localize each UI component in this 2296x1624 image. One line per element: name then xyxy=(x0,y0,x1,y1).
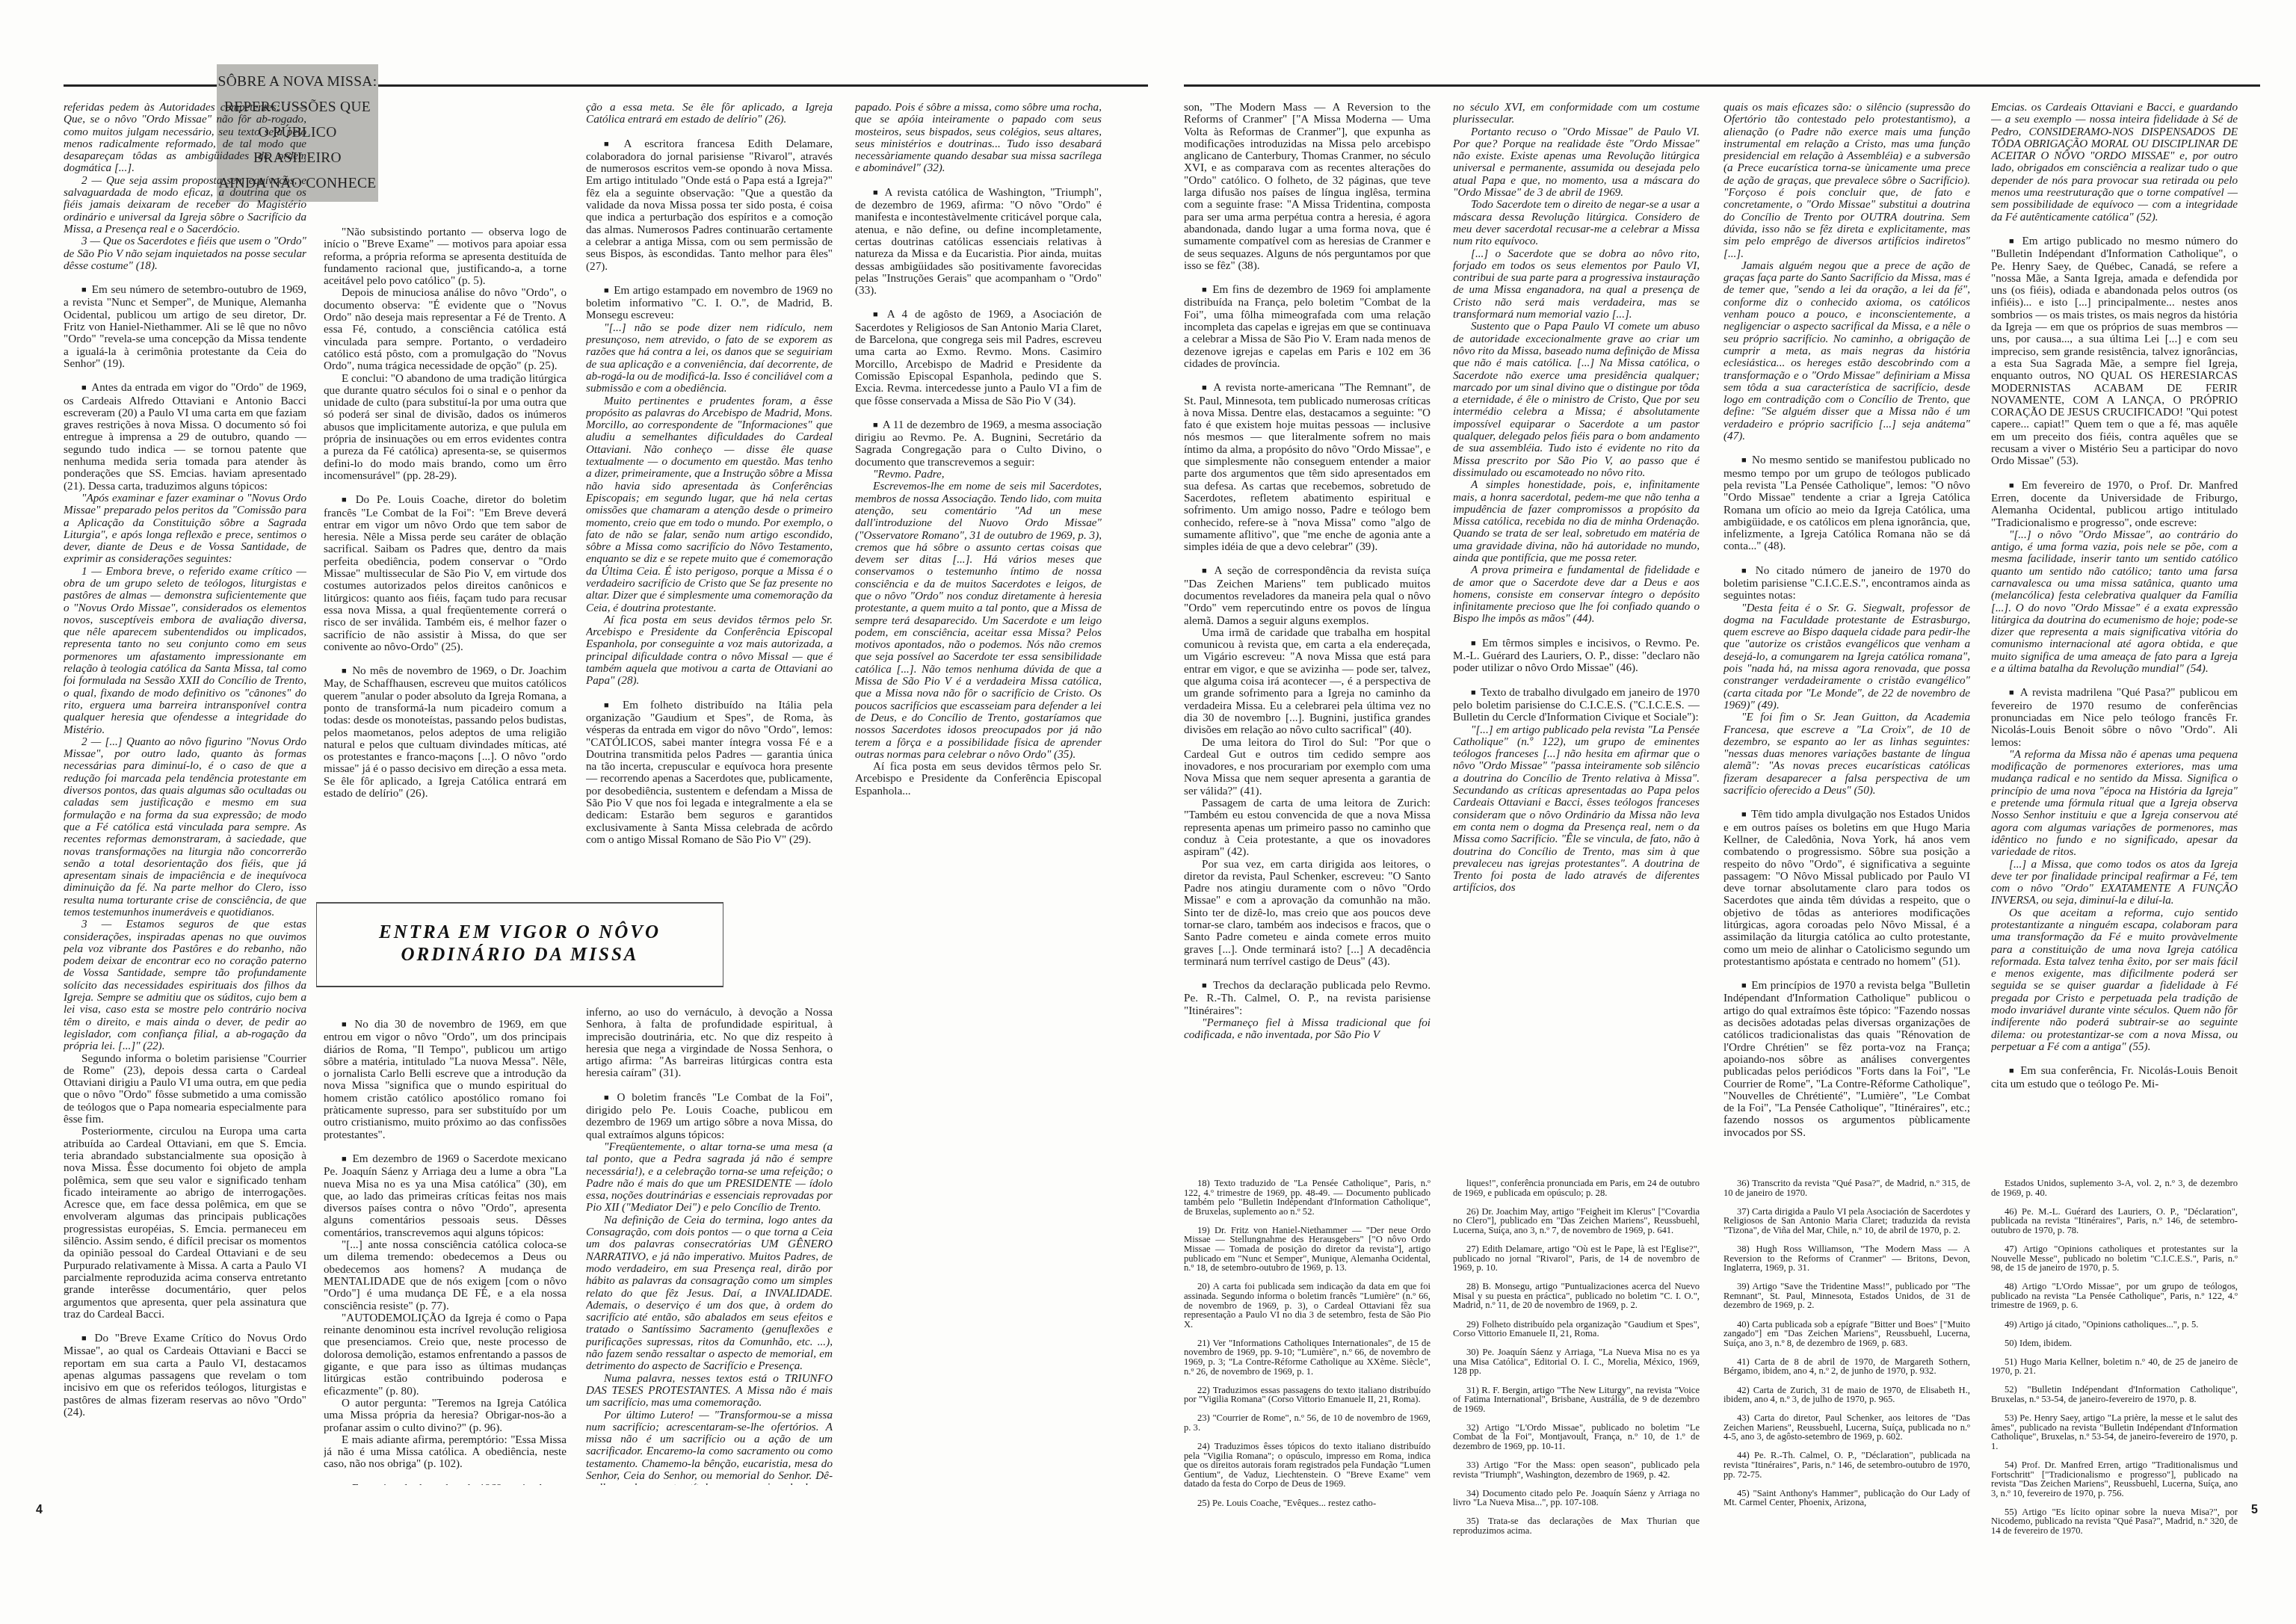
footnote: 46) Pe. M.-L. Guérard des Lauriers, O. P… xyxy=(1991,1207,2238,1235)
article-column-6: no século XVI, em conformidade com um co… xyxy=(1453,102,1700,1144)
paragraph: 3 — Que os Sacerdotes e fiéis que usem o… xyxy=(64,235,306,272)
footnote: 41) Carta de 8 de abril de 1970, de Marg… xyxy=(1723,1357,1970,1376)
footnote: 25) Pe. Louis Coache, "Evêques... restez… xyxy=(1184,1498,1431,1508)
banner-line: ordinário da Missa xyxy=(401,945,638,965)
paragraph: Aí fica posta em seus devidos têrmos pel… xyxy=(586,614,833,688)
paragraph: Uma irmã de caridade que trabalha em hos… xyxy=(1184,627,1431,737)
paragraph: Numa palavra, nesses textos está o TRIUN… xyxy=(586,1373,833,1410)
paragraph: papado. Pois é sôbre a missa, como sôbre… xyxy=(855,102,1102,175)
news-item-paragraph: Em artigo publicado no mesmo número do "… xyxy=(1991,235,2238,468)
paragraph: A prova primeira e fundamental de fideli… xyxy=(1453,564,1700,625)
paragraph: "[...] em artigo publicado pela revista … xyxy=(1453,724,1700,895)
article-column-4: papado. Pois é sôbre a missa, como sôbre… xyxy=(855,102,1102,1484)
footnote: 43) Carta do diretor, Paul Schenker, aos… xyxy=(1723,1413,1970,1442)
news-item-paragraph: A 4 de agôsto de 1969, a Asociación de S… xyxy=(855,309,1102,407)
news-item-paragraph: Em fins de dezembro de 1969 foi amplamen… xyxy=(1184,284,1431,370)
article-column-5: son, "The Modern Mass — A Reversion to t… xyxy=(1184,102,1431,1144)
paragraph: 1 — Embora breve, o referido exame críti… xyxy=(64,566,306,736)
headline-line: Sôbre a nova Missa: xyxy=(218,74,377,90)
footnote: 49) Artigo já citado, "Opinions catholiq… xyxy=(1991,1320,2238,1330)
top-rule xyxy=(378,84,1148,87)
page-number: 4 xyxy=(36,1504,43,1517)
news-item-paragraph: Em dezembro de 1969 o Sacerdote mexicano… xyxy=(324,1153,567,1239)
news-item-paragraph: A seção de correspondência da revista su… xyxy=(1184,565,1431,626)
news-item-paragraph: A revista norte-americana "The Remnant",… xyxy=(1184,382,1431,553)
news-item-paragraph: A 11 de dezembro de 1969, a mesma associ… xyxy=(855,419,1102,469)
news-item-paragraph: Do "Breve Exame Crítico do Novus Ordo Mi… xyxy=(64,1333,306,1418)
footnote: 51) Hugo Maria Kellner, boletim n.º 40, … xyxy=(1991,1357,2238,1376)
footnote: 53) Pe. Henry Saey, artigo "La prière, l… xyxy=(1991,1413,2238,1451)
paragraph: 2 — Que seja assim proposta sem equívoco… xyxy=(64,175,306,235)
footnote: 42) Carta de Zurich, 31 de maio de 1970,… xyxy=(1723,1386,1970,1404)
footnote: 33) Artigo "For the Mass: open season", … xyxy=(1453,1460,1700,1479)
top-rule xyxy=(1184,84,2260,87)
page-5: son, "The Modern Mass — A Reversion to t… xyxy=(1148,0,2296,1624)
section-banner: Entra em vigor o nôvo ordinário da Missa xyxy=(316,902,723,987)
article-column-1: referidas pedem às Autoridades competent… xyxy=(64,102,306,1469)
paragraph: Todo Sacerdote tem o direito de negar-se… xyxy=(1453,199,1700,247)
footnote: 28) B. Monsegu, artigo "Puntualizaciones… xyxy=(1453,1282,1700,1310)
paragraph: inferno, ao uso do vernáculo, à devoção … xyxy=(586,1007,833,1080)
paragraph: 3 — Estamos seguros de que estas conside… xyxy=(64,918,306,1052)
page-4: Sôbre a nova Missa: repercussões que o p… xyxy=(0,0,1148,1624)
news-item-paragraph: A revista madrilena "Qué Pasa?" publicou… xyxy=(1991,687,2238,748)
paragraph: Por sua vez, em carta dirigida aos leito… xyxy=(1184,859,1431,969)
news-item-paragraph: No dia 30 de novembro de 1969, em que en… xyxy=(324,1019,567,1141)
news-item-paragraph: Em têrmos simples e incisivos, o Revmo. … xyxy=(1453,637,1700,675)
paragraph: Segundo informa o boletim parisiense "Co… xyxy=(64,1053,306,1126)
footnote: 45) "Saint Anthony's Hammer", publicação… xyxy=(1723,1489,1970,1507)
news-item-paragraph: O boletim francês "Le Combat de la Foi",… xyxy=(586,1092,833,1141)
paragraph: Passagem de carta de uma leitora de Zuri… xyxy=(1184,797,1431,858)
footnote: 48) Artigo "L'Ordo Missae", por um grupo… xyxy=(1991,1282,2238,1310)
footnote: 19) Dr. Fritz von Haniel-Niethammer — "D… xyxy=(1184,1226,1431,1273)
paragraph: Na definição de Ceia do termina, logo an… xyxy=(586,1214,833,1373)
footnote: 38) Hugh Ross Williamson, "The Modern Ma… xyxy=(1723,1244,1970,1273)
footnote: 31) R. F. Bergin, artigo "The New Liturg… xyxy=(1453,1386,1700,1414)
paragraph: son, "The Modern Mass — A Reversion to t… xyxy=(1184,102,1431,272)
footnotes-column-a: 18) Texto traduzido de "La Pensée Cathol… xyxy=(1184,1179,1431,1517)
paragraph: E mais adiante afirma, peremptório: "Ess… xyxy=(324,1434,567,1471)
footnote: 18) Texto traduzido de "La Pensée Cathol… xyxy=(1184,1179,1431,1216)
footnote: 35) Trata-se das declarações de Max Thur… xyxy=(1453,1516,1700,1535)
footnote: 26) Dr. Joachim May, artigo "Feigheit im… xyxy=(1453,1207,1700,1235)
footnote: 36) Transcrito da revista "Qué Pasa?", d… xyxy=(1723,1179,1970,1197)
footnote: 24) Traduzimos êsses tópicos do texto it… xyxy=(1184,1442,1431,1489)
news-item-paragraph: Têm tido ampla divulgação nos Estados Un… xyxy=(1723,809,1970,968)
paragraph: "Após examinar e fazer examinar o "Novus… xyxy=(64,493,306,566)
footnote: 55) Artigo "Es lícito opinar sobre la nu… xyxy=(1991,1507,2238,1536)
footnote: 32) Artigo "L'Ordo Missae", publicado no… xyxy=(1453,1423,1700,1451)
footnote: liques!", conferência pronunciada em Par… xyxy=(1453,1179,1700,1197)
footnote: 20) A carta foi publicada sem indicação … xyxy=(1184,1282,1431,1329)
paragraph: no século XVI, em conformidade com um co… xyxy=(1453,102,1700,126)
page-number: 5 xyxy=(2251,1504,2258,1517)
footnote: 34) Documento citado pelo Pe. Joaquín Sá… xyxy=(1453,1489,1700,1507)
paragraph: "E foi fim o Sr. Jean Guitton, da Academ… xyxy=(1723,711,1970,797)
paragraph: Aí fica posta em seus devidos têrmos pel… xyxy=(855,761,1102,797)
footnote: 52) "Bulletin Indépendant d'Information … xyxy=(1991,1385,2238,1404)
paragraph: ção a essa meta. Se êle fôr aplicado, a … xyxy=(586,102,833,126)
paragraph: Posteriormente, circulou na Europa uma c… xyxy=(64,1126,306,1321)
footnotes-column-d: Estados Unidos, suplemento 3-A, vol. 2, … xyxy=(1991,1179,2238,1545)
article-column-2-bottom: No dia 30 de novembro de 1969, em que en… xyxy=(324,1007,567,1485)
article-column-3-bottom: inferno, ao uso do vernáculo, à devoção … xyxy=(586,1007,833,1485)
paragraph: [...] a Missa, que como todos os atos da… xyxy=(1991,859,2238,907)
paragraph: De uma leitora do Tirol do Sul: "Por que… xyxy=(1184,737,1431,797)
paragraph: 2 — [...] Quanto ao nôvo figurino "Novus… xyxy=(64,736,306,918)
footnote: 50) Idem, ibidem. xyxy=(1991,1339,2238,1348)
news-item-paragraph: Do Pe. Louis Coache, diretor do boletim … xyxy=(324,494,567,653)
footnotes-column-c: 36) Transcrito da revista "Qué Pasa?", d… xyxy=(1723,1179,1970,1516)
footnote: 30) Pe. Joaquín Sáenz y Arriaga, "La Nue… xyxy=(1453,1347,1700,1376)
footnote: 23) "Courrier de Rome", n.º 56, de 10 de… xyxy=(1184,1413,1431,1432)
paragraph: Jamais alguém negou que a prece de ação … xyxy=(1723,260,1970,442)
footnote: 29) Folheto distribuído pela organização… xyxy=(1453,1320,1700,1339)
paragraph: "Desta feita é o Sr. G. Siegwalt, profes… xyxy=(1723,602,1970,712)
footnote: 37) Carta dirigida a Paulo VI pela Asoci… xyxy=(1723,1207,1970,1235)
banner-line: Entra em vigor o nôvo xyxy=(379,922,661,942)
news-item-paragraph: Em sua conferência, Fr. Nicolás-Louis Be… xyxy=(1991,1065,2238,1090)
paragraph: referidas pedem às Autoridades competent… xyxy=(64,102,306,175)
article-column-3-top: ção a essa meta. Se êle fôr aplicado, a … xyxy=(586,102,833,895)
news-item-paragraph: No mesmo sentido se manifestou publicado… xyxy=(1723,454,1970,552)
footnote: 54) Prof. Dr. Manfred Erren, artigo "Tra… xyxy=(1991,1460,2238,1498)
news-item-paragraph: No mês de novembro de 1969, o Dr. Joachi… xyxy=(324,665,567,800)
paragraph: "AUTODEMOLIÇÃO da Igreja é como o Papa r… xyxy=(324,1312,567,1398)
top-rule xyxy=(64,84,217,87)
paragraph: "Não subsistindo portanto — observa logo… xyxy=(324,226,567,287)
paragraph: Depois de minuciosa análise do nôvo "Ord… xyxy=(324,287,567,372)
paragraph: "Freqüentemente, o altar torna-se uma me… xyxy=(586,1141,833,1214)
paragraph: O autor pergunta: "Teremos na Igreja Cat… xyxy=(324,1398,567,1434)
footnote: 40) Carta publicada sob a epígrafe "Bitt… xyxy=(1723,1320,1970,1348)
footnote: 27) Edith Delamare, artigo "Où est le Pa… xyxy=(1453,1244,1700,1273)
footnote: 47) Artigo "Opinions catholiques et prot… xyxy=(1991,1244,2238,1273)
paragraph: Sustento que o Papa Paulo VI comete um a… xyxy=(1453,321,1700,479)
paragraph: "A reforma da Missa não é apenas uma peq… xyxy=(1991,749,2238,859)
paragraph: "Permaneço fiel à Missa tradicional que … xyxy=(1184,1017,1431,1042)
news-item-paragraph: No citado número de janeiro de 1970 do b… xyxy=(1723,565,1970,602)
paragraph: Portanto recuso o "Ordo Missae" de Paulo… xyxy=(1453,126,1700,200)
paragraph: Muito pertinentes e prudentes foram, a ê… xyxy=(586,395,833,614)
paragraph: Escrevemos-lhe em nome de seis mil Sacer… xyxy=(855,481,1102,761)
news-item-paragraph: Em princípios de 1970 a revista belga "B… xyxy=(1723,980,1970,1139)
news-item-paragraph: Em artigo estampado em novembro de 1969 … xyxy=(586,285,833,322)
article-column-8: Emcias. os Cardeais Ottaviani e Bacci, e… xyxy=(1991,102,2238,1144)
footnote: 44) Pe. R.-Th. Calmel, O. P., "Déclarati… xyxy=(1723,1451,1970,1479)
news-item-paragraph: Em folheto distribuído na Itália pela or… xyxy=(586,700,833,847)
paragraph: "[...] não se pode dizer nem ridículo, n… xyxy=(586,322,833,395)
news-item-paragraph: Em fevereiro de 1970, o Prof. Dr. Manfre… xyxy=(1991,480,2238,529)
paragraph: E conclui: "O abandono de uma tradição l… xyxy=(324,373,567,483)
article-column-7: quais os mais eficazes são: o silêncio (… xyxy=(1723,102,1970,1144)
news-item-paragraph: A escritora francesa Edith Delamare, col… xyxy=(586,138,833,273)
paragraph: "[...] o nôvo "Ordo Missae", ao contrári… xyxy=(1991,529,2238,676)
article-column-2-top: "Não subsistindo portanto — observa logo… xyxy=(324,226,567,895)
news-item-paragraph: Em artigo de dezembro de 1969, assinado … xyxy=(324,1483,567,1485)
paragraph: [...] o Sacerdote que se dobra ao nôvo r… xyxy=(1453,248,1700,321)
footnote: 22) Traduzimos essas passagens do texto … xyxy=(1184,1386,1431,1404)
paragraph: "[...] ante nossa consciência católica c… xyxy=(324,1239,567,1312)
news-item-paragraph: Antes da entrada em vigor do "Ordo" de 1… xyxy=(64,382,306,493)
paragraph: "Revmo. Padre, xyxy=(855,469,1102,481)
news-item-paragraph: Em seu número de setembro-outubro de 196… xyxy=(64,284,306,370)
paragraph: Emcias. os Cardeais Ottaviani e Bacci, e… xyxy=(1991,102,2238,223)
paragraph: Por último Lutero! — "Transformou-se a m… xyxy=(586,1410,833,1486)
news-item-paragraph: A revista católica de Washington, "Trium… xyxy=(855,187,1102,297)
footnotes-column-b: liques!", conferência pronunciada em Par… xyxy=(1453,1179,1700,1545)
news-item-paragraph: Texto de trabalho divulgado em janeiro d… xyxy=(1453,687,1700,724)
paragraph: A simples honestidade, pois, e, infinita… xyxy=(1453,479,1700,564)
footnote: 21) Ver "Informations Catholiques Intern… xyxy=(1184,1339,1431,1376)
paragraph: quais os mais eficazes são: o silêncio (… xyxy=(1723,102,1970,260)
footnote: Estados Unidos, suplemento 3-A, vol. 2, … xyxy=(1991,1179,2238,1197)
footnote: 39) Artigo "Save the Tridentine Mass!", … xyxy=(1723,1282,1970,1310)
paragraph: Os que aceitam a reforma, cujo sentido p… xyxy=(1991,907,2238,1054)
news-item-paragraph: Trechos da declaração publicada pelo Rev… xyxy=(1184,980,1431,1017)
